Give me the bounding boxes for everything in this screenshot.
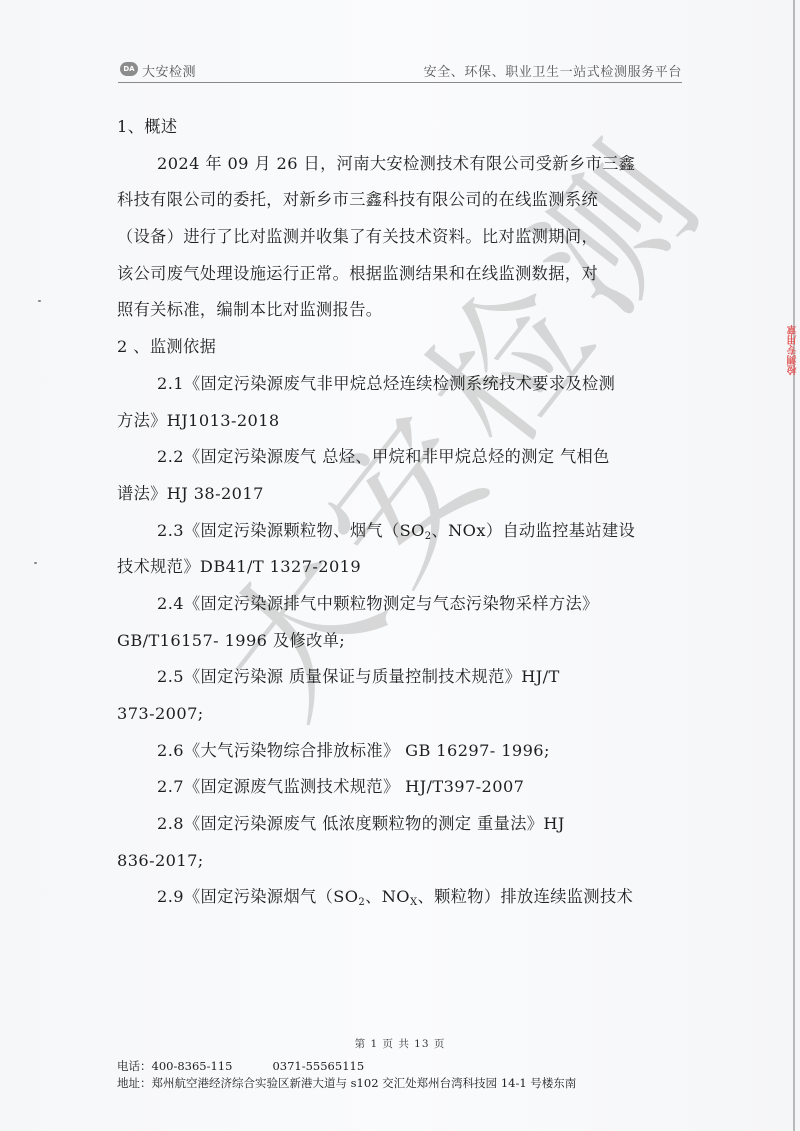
- text-fragment: 、颗粒物）排放连续监测技术: [418, 887, 634, 906]
- paragraph-line: 照有关标准，编制本比对监测报告。: [117, 296, 687, 333]
- basis-item-2-5: 2.5《固定污染源 质量保证与质量控制技术规范》HJ/T: [117, 663, 687, 700]
- page-edge-line: [793, 0, 795, 1131]
- basis-item-2-3: 2.3《固定污染源颗粒物、烟气（SO2、NOx）自动监控基站建设: [117, 517, 687, 554]
- document-page: DA 大安检测 安全、环保、职业卫生一站式检测服务平台 大安检测 检测专用章 1…: [0, 0, 800, 1131]
- basis-item-2-2: 2.2《固定污染源废气 总烃、甲烷和非甲烷总烃的测定 气相色: [117, 443, 687, 480]
- text-fragment: 、NO: [365, 887, 410, 906]
- phone-line: 电话：400-8365-1150371-55565115: [117, 1058, 576, 1075]
- basis-item-2-7: 2.7《固定源废气监测技术规范》 HJ/T397-2007: [117, 773, 687, 810]
- company-logo-icon: DA: [120, 62, 138, 76]
- header-slogan: 安全、环保、职业卫生一站式检测服务平台: [424, 61, 682, 80]
- text-fragment: 2.3《固定污染源颗粒物、烟气（SO: [157, 521, 425, 540]
- footer-contact: 电话：400-8365-1150371-55565115 地址：郑州航空港经济综…: [117, 1058, 576, 1092]
- paragraph-line: 该公司废气处理设施运行正常。根据监测结果和在线监测数据，对: [117, 260, 687, 297]
- basis-item-2-4: 2.4《固定污染源排气中颗粒物测定与气态污染物采样方法》: [117, 590, 687, 627]
- subscript: X: [410, 897, 418, 908]
- paragraph-line: （设备）进行了比对监测并收集了有关技术资料。比对监测期间，: [117, 223, 687, 260]
- basis-item-2-1: 2.1《固定污染源废气非甲烷总烃连续检测系统技术要求及检测: [117, 370, 687, 407]
- basis-item-2-3-cont: 技术规范》DB41/T 1327-2019: [117, 553, 687, 590]
- header-brand: 大安检测: [142, 61, 196, 80]
- seal-stamp-fragment: 检测专用章: [785, 325, 795, 375]
- basis-item-2-6: 2.6《大气污染物综合排放标准》 GB 16297- 1996;: [117, 737, 687, 774]
- text-fragment: 、NOx）自动监控基站建设: [432, 521, 636, 540]
- basis-item-2-1-cont: 方法》HJ1013-2018: [117, 407, 687, 444]
- paragraph-line: 2024 年 09 月 26 日，河南大安检测技术有限公司受新乡市三鑫: [117, 150, 687, 187]
- section-heading-basis: 2 、监测依据: [117, 333, 687, 370]
- page-header: DA 大安检测 安全、环保、职业卫生一站式检测服务平台: [118, 58, 682, 83]
- address-line: 地址：郑州航空港经济综合实验区新港大道与 s102 交汇处郑州台湾科技园 14-…: [117, 1075, 576, 1092]
- phone-primary: 电话：400-8365-115: [117, 1059, 232, 1073]
- basis-item-2-2-cont: 谱法》HJ 38-2017: [117, 480, 687, 517]
- scan-speck: [34, 562, 37, 564]
- basis-item-2-8: 2.8《固定污染源废气 低浓度颗粒物的测定 重量法》HJ: [117, 810, 687, 847]
- basis-item-2-9: 2.9《固定污染源烟气（SO2、NOX、颗粒物）排放连续监测技术: [117, 883, 687, 920]
- basis-item-2-4-cont: GB/T16157- 1996 及修改单;: [117, 627, 687, 664]
- phone-secondary: 0371-55565115: [272, 1059, 364, 1073]
- basis-item-2-5-cont: 373-2007;: [117, 700, 687, 737]
- document-body: 1、概述 2024 年 09 月 26 日，河南大安检测技术有限公司受新乡市三鑫…: [117, 113, 687, 920]
- section-heading-overview: 1、概述: [117, 113, 687, 150]
- paragraph-line: 科技有限公司的委托，对新乡市三鑫科技有限公司的在线监测系统: [117, 186, 687, 223]
- subscript: 2: [425, 531, 432, 542]
- basis-item-2-8-cont: 836-2017;: [117, 847, 687, 884]
- page-indicator: 第 1 页 共 13 页: [0, 1036, 800, 1051]
- text-fragment: 2.9《固定污染源烟气（SO: [157, 887, 358, 906]
- scan-speck: [38, 300, 41, 302]
